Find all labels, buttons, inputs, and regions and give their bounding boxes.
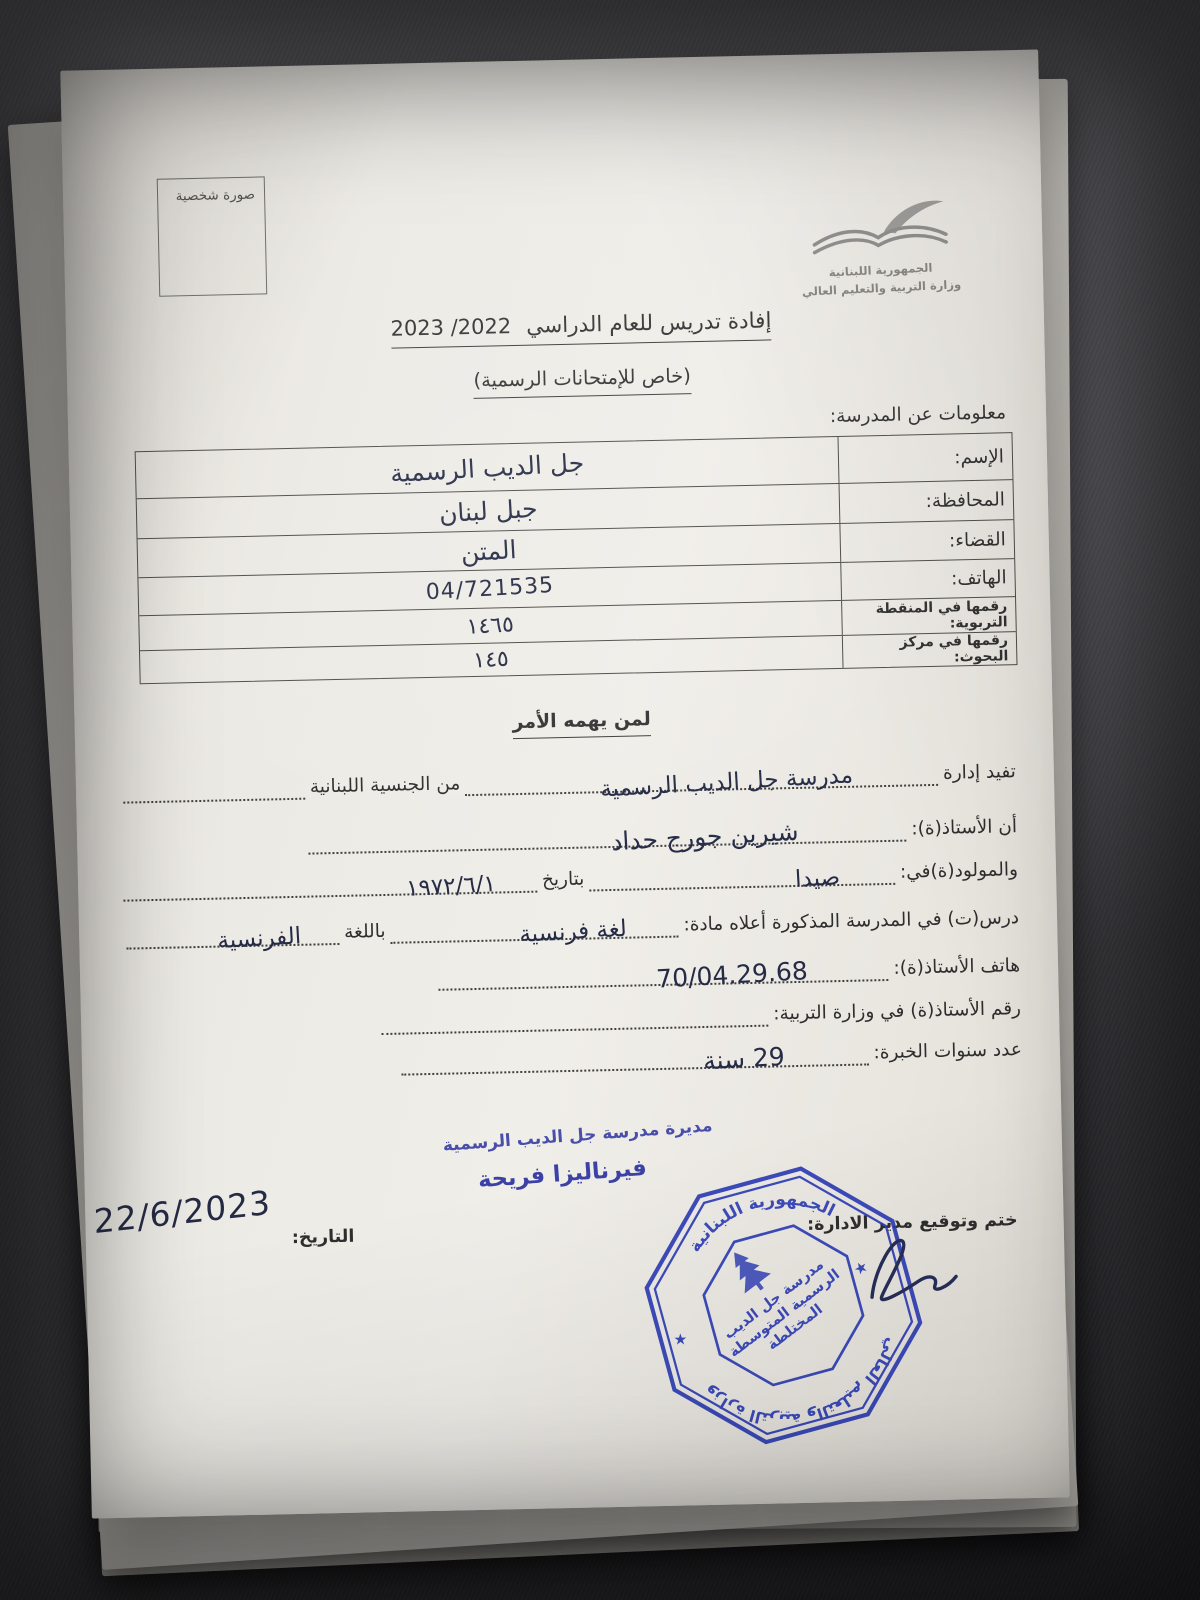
document-page: صورة شخصية الجمهورية اللبنانية وزارة الت…	[60, 50, 1069, 1519]
handwritten-school-name: مدرسة جل الديب الرسمية	[599, 762, 853, 802]
ministry-logo: الجمهورية اللبنانية وزارة التربية والتعل…	[779, 193, 981, 300]
statement-line-school: تفيد إدارة مدرسة جل الديب الرسمية من الج…	[117, 742, 1016, 804]
dotted-line: الفرنسية	[126, 901, 340, 950]
row-label: رقمها في مركز البحوث:	[842, 632, 1017, 668]
form-title-block: إفادة تدريس للعام الدراسي 2023 /2022 (خا…	[92, 302, 1072, 407]
row-value-handwritten: المتن	[460, 535, 517, 567]
row-value-handwritten: 04/721535	[425, 573, 555, 605]
academic-years: 2023 /2022	[390, 314, 511, 341]
school-info-table: الإسم: جل الديب الرسمية المحافظة: جبل لب…	[135, 432, 1018, 684]
dotted-line: صيدا	[589, 841, 896, 892]
personal-photo-placeholder: صورة شخصية	[157, 176, 268, 296]
handwritten-language: الفرنسية	[216, 923, 301, 954]
row-label: المحافظة:	[839, 480, 1014, 523]
dotted-line: لغة فرنسية	[390, 894, 679, 944]
row-value-handwritten: ١٤٦٥	[466, 612, 515, 640]
row-label: القضاء:	[839, 520, 1014, 562]
open-book-icon	[799, 193, 960, 258]
paper-stack: صورة شخصية الجمهورية اللبنانية وزارة الت…	[60, 50, 1069, 1519]
date-label: التاريخ:	[292, 1227, 355, 1248]
school-info-heading: معلومات عن المدرسة:	[830, 402, 1007, 427]
dotted-line: 29 سنة	[400, 1021, 868, 1075]
row-value-handwritten: ١٤٥	[473, 646, 510, 673]
form-title: إفادة تدريس للعام الدراسي 2023 /2022	[390, 308, 772, 348]
handwritten-experience: 29 سنة	[702, 1042, 785, 1076]
row-value-handwritten: جل الديب الرسمية	[389, 448, 585, 488]
row-label: رقمها في المنقطة التربوية:	[841, 597, 1016, 635]
form-subtitle: (خاص للإمتحانات الرسمية)	[473, 364, 691, 399]
row-value-handwritten: جبل لبنان	[438, 494, 538, 529]
dotted-line	[122, 756, 305, 804]
star-icon: ★	[673, 1330, 687, 1348]
row-label: الإسم:	[837, 433, 1012, 483]
director-signature	[843, 1214, 969, 1323]
dotted-line: مدرسة جل الديب الرسمية	[465, 742, 939, 796]
to-whom-heading: لمن يهمه الأمر	[92, 699, 1070, 748]
dotted-line: ١٩٧٢/٦/١	[123, 849, 537, 902]
handwritten-birthplace: صيدا	[794, 864, 840, 893]
photo-placeholder-label: صورة شخصية	[176, 187, 256, 205]
row-label: الهاتف:	[840, 559, 1015, 600]
